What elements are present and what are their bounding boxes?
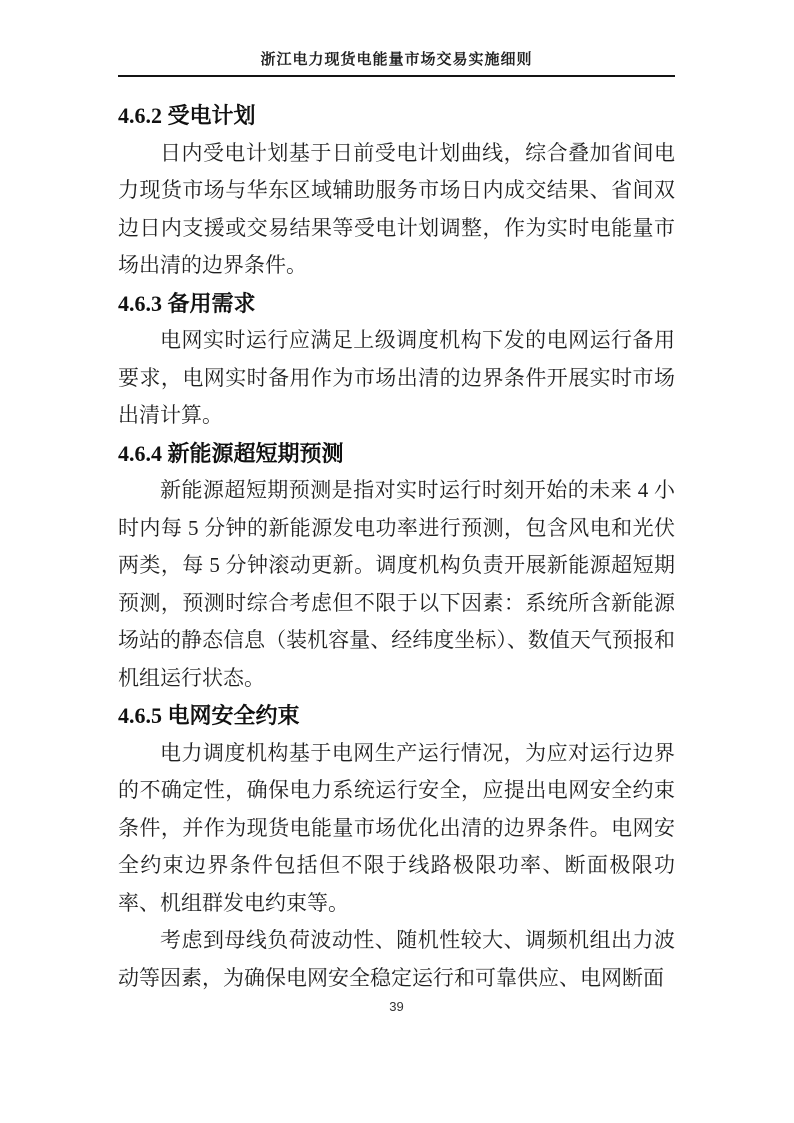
section-heading-4-6-5: 4.6.5 电网安全约束 xyxy=(118,697,675,735)
header-rule-divider xyxy=(118,75,675,77)
section-4-6-3-paragraph: 电网实时运行应满足上级调度机构下发的电网运行备用要求，电网实时备用作为市场出清的… xyxy=(118,322,675,435)
page-number: 39 xyxy=(118,999,675,1014)
section-heading-4-6-4: 4.6.4 新能源超短期预测 xyxy=(118,435,675,473)
section-4-6-5-paragraph-2: 考虑到母线负荷波动性、随机性较大、调频机组出力波动等因素，为确保电网安全稳定运行… xyxy=(118,922,675,997)
section-4-6-4-paragraph: 新能源超短期预测是指对实时运行时刻开始的未来 4 小时内每 5 分钟的新能源发电… xyxy=(118,472,675,697)
section-4-6-5-paragraph-1: 电力调度机构基于电网生产运行情况，为应对运行边界的不确定性，确保电力系统运行安全… xyxy=(118,735,675,923)
section-heading-4-6-2: 4.6.2 受电计划 xyxy=(118,97,675,135)
section-heading-4-6-3: 4.6.3 备用需求 xyxy=(118,285,675,323)
running-header-title: 浙江电力现货电能量市场交易实施细则 xyxy=(118,48,675,69)
section-4-6-2-paragraph: 日内受电计划基于日前受电计划曲线，综合叠加省间电力现货市场与华东区域辅助服务市场… xyxy=(118,135,675,285)
page-content: 4.6.2 受电计划 日内受电计划基于日前受电计划曲线，综合叠加省间电力现货市场… xyxy=(118,97,675,997)
document-page: 浙江电力现货电能量市场交易实施细则 4.6.2 受电计划 日内受电计划基于日前受… xyxy=(0,0,794,1123)
